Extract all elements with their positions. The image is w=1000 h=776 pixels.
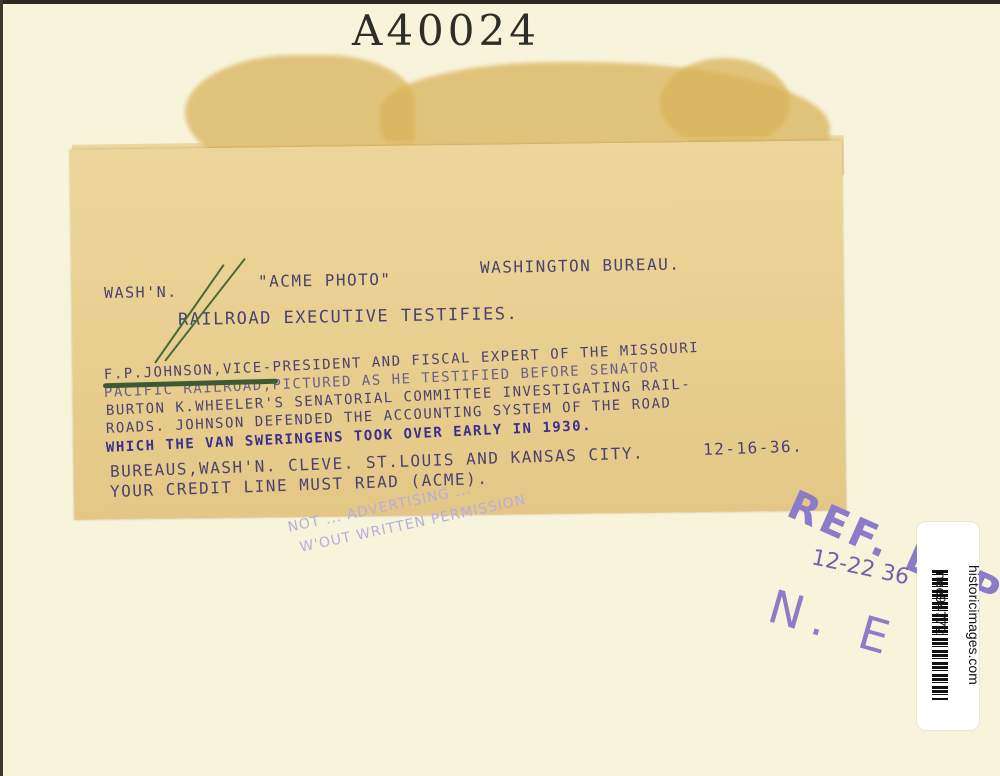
caption-date: 12-16-36. bbox=[703, 437, 804, 459]
caption-dateline: WASH'N. bbox=[104, 283, 178, 302]
barcode-item-id: nee94772 bbox=[933, 572, 949, 634]
glue-stain bbox=[660, 58, 790, 148]
photo-edge-top bbox=[0, 0, 1000, 4]
initials-stamp: N. E bbox=[763, 579, 905, 667]
handwritten-archive-id: A40024 bbox=[352, 6, 540, 55]
caption-bureau: WASHINGTON BUREAU. bbox=[480, 255, 681, 277]
barcode-site: historicimages.com bbox=[966, 565, 982, 685]
caption-agency: "ACME PHOTO" bbox=[258, 270, 392, 291]
photo-edge-left bbox=[0, 0, 3, 776]
